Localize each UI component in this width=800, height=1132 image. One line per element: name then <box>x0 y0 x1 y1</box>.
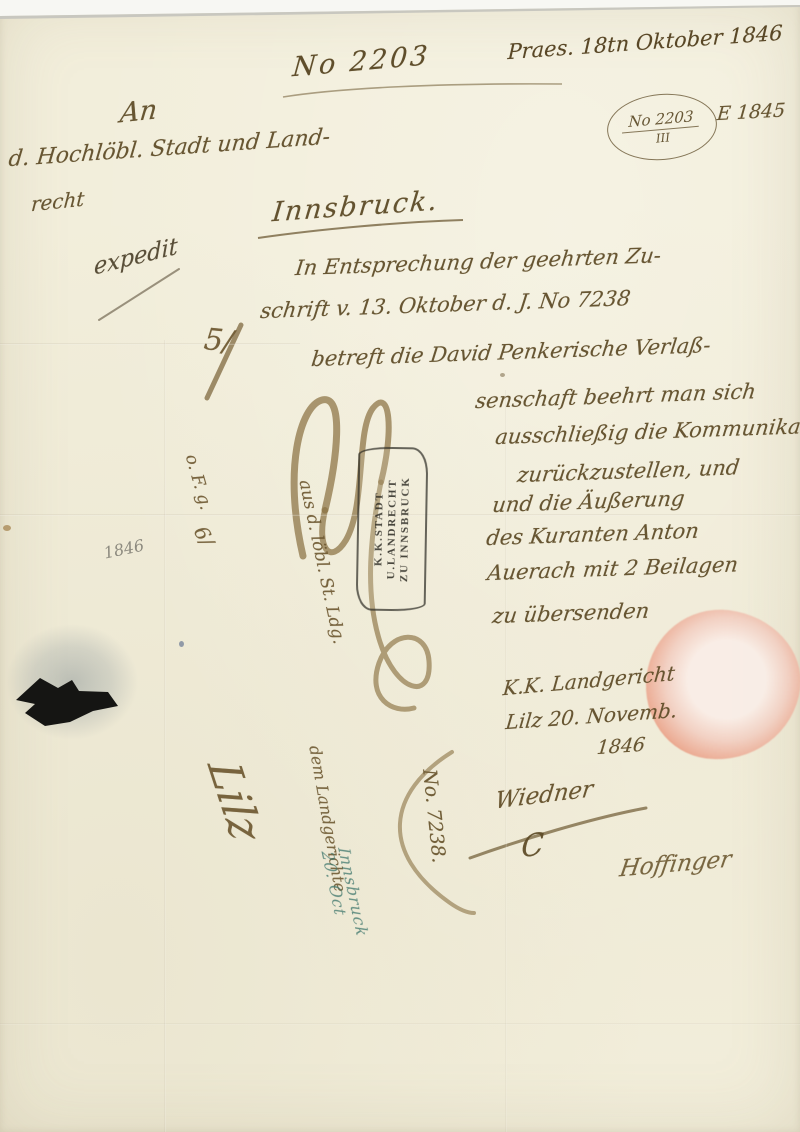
expedit-note: expedit <box>94 233 178 281</box>
pencil-year-note: 1846 <box>102 536 146 563</box>
arrival-postmark: Innsbruck 20. Oct <box>319 846 371 942</box>
signature-primary: Wiedner <box>494 776 595 815</box>
body-line: In Entsprechung der geehrten Zu- <box>294 243 662 280</box>
oval-stamp-section: III <box>655 130 670 145</box>
ofg-note: o. F. g. <box>181 452 216 512</box>
number-rotated-note: No. 7238. <box>418 768 450 864</box>
signature-secondary: Hoffinger <box>618 846 733 882</box>
paper-speck <box>3 525 11 531</box>
fold-crease-v1 <box>164 340 166 1132</box>
closing-place-date: Lilz 20. Novemb. <box>504 698 678 734</box>
body-line: zurückzustellen, und <box>516 455 741 487</box>
six-mark: 6/ <box>189 522 219 550</box>
tax-mark: 5/ <box>202 322 235 360</box>
docket-underline <box>283 84 562 97</box>
docket-number: No 2203 <box>291 40 431 83</box>
paper-hole <box>16 678 118 726</box>
stamp-line-3: ZU INNSBRUCK <box>398 476 413 582</box>
body-line: des Kuranten Anton <box>485 519 700 551</box>
letter-scan: No 2203 Praes. 18tn Oktober 1846 No 2203… <box>0 0 800 1132</box>
body-line: senschaft beehrt man sich <box>474 379 757 413</box>
signature-underline <box>470 808 646 858</box>
address-line-2: recht <box>30 186 85 216</box>
address-city: Innsbruck. <box>271 185 441 228</box>
ink-speck <box>179 641 184 647</box>
scanner-edge <box>0 0 800 16</box>
lilz-rotated-signature: Lilz <box>196 760 273 842</box>
aus-rotated-note: aus d. löbl. St. Ldg. <box>294 478 348 646</box>
body-line: und die Äußerung <box>491 486 686 517</box>
fold-crease-h3 <box>0 1023 800 1025</box>
oval-stamp-number: No 2203 <box>622 106 700 133</box>
registry-oval-stamp: No 2203 III <box>604 89 719 164</box>
body-line: ausschließig die Kommunikaten <box>494 413 800 449</box>
closing-year: 1846 <box>596 734 647 760</box>
landrecht-box-stamp: K.K.STADT U.LANDRECHT ZU INNSBRUCK <box>356 446 429 611</box>
ink-smudge <box>6 624 138 740</box>
body-line: betreft die David Penkerische Verlaß- <box>310 333 712 371</box>
body-line: schrift v. 13. Oktober d. J. No 7238 <box>259 286 632 323</box>
stamp-line-1: K.K.STADT <box>372 491 386 566</box>
address-line-1: d. Hochlöbl. Stadt und Land- <box>7 125 331 173</box>
scanner-edge-line <box>0 5 800 19</box>
body-line: Auerach mit 2 Beilagen <box>486 552 739 585</box>
body-line: zu übersenden <box>491 599 651 629</box>
signature-initial: C <box>521 826 545 866</box>
fold-crease-h1 <box>0 343 300 345</box>
expedit-slash <box>99 269 179 320</box>
paper-speck-2 <box>500 373 505 377</box>
praes-note: Praes. 18tn Oktober 1846 <box>507 21 783 64</box>
registry-year-note: E 1845 <box>716 99 786 125</box>
address-salutation: An <box>119 94 159 129</box>
